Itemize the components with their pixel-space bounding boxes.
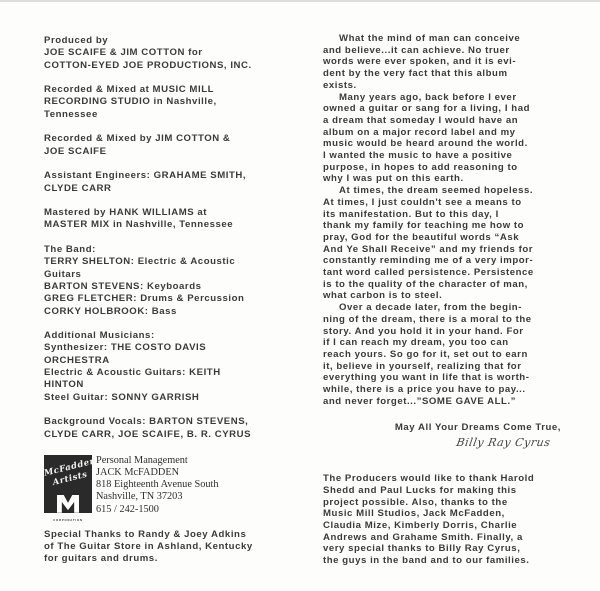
signature: Billy Ray Cyrus bbox=[321, 437, 588, 465]
address-street: 818 Eighteenth Avenue South bbox=[96, 479, 219, 491]
credit-line: RECORDING STUDIO in Nashville, bbox=[44, 96, 300, 108]
letter-paragraph: Over a decade later, from the begin-ning… bbox=[323, 302, 585, 407]
letter-line: Over a decade later, from the begin- bbox=[323, 302, 585, 314]
thanks-line: Andrews and Grahame Smith. Finally, a bbox=[323, 532, 585, 544]
credit-line: MASTER MIX in Nashville, Tennessee bbox=[44, 219, 300, 231]
credit-line: CORKY HOLBROOK: Bass bbox=[44, 306, 300, 318]
letter-line: music would be heard around the world. bbox=[323, 138, 585, 150]
letter-line: it, believe in yourself, realizing that … bbox=[323, 361, 585, 373]
credit-line: CLYDE CARR bbox=[44, 183, 300, 195]
credit-line: The Band: bbox=[44, 244, 300, 256]
letter-line: what carbon is to steel. bbox=[323, 290, 585, 302]
credit-line: GREG FLETCHER: Drums & Percussion bbox=[44, 293, 300, 305]
credit-line: Recorded & Mixed at MUSIC MILL bbox=[44, 84, 300, 96]
letter-line: tant word called persistence. Persistenc… bbox=[323, 267, 585, 279]
special-thanks: Special Thanks to Randy & Joey Adkins of… bbox=[44, 529, 300, 566]
letter-line: if I can reach my dream, you too can bbox=[323, 337, 585, 349]
credit-line: Electric & Acoustic Guitars: KEITH bbox=[44, 367, 300, 379]
credit-line: Produced by bbox=[44, 35, 300, 47]
credits-column: Produced by JOE SCAIFE & JIM COTTON for … bbox=[44, 35, 300, 578]
credit-line: COTTON-EYED JOE PRODUCTIONS, INC. bbox=[44, 60, 300, 72]
phone-number: 615 / 242-1500 bbox=[96, 504, 219, 516]
letter-line: purpose, in hopes to add reasoning to bbox=[323, 162, 585, 174]
letter-line: why I was put on this earth. bbox=[323, 173, 585, 185]
band-credit: The Band: TERRY SHELTON: Electric & Acou… bbox=[44, 244, 300, 318]
credit-line: Background Vocals: BARTON STEVENS, bbox=[44, 416, 300, 428]
credit-line: CLYDE CARR, JOE SCAIFE, B. R. CYRUS bbox=[44, 429, 300, 441]
letter-line: exists. bbox=[323, 80, 585, 92]
letter-line: pray, God for the beautiful words “Ask bbox=[323, 232, 585, 244]
letter-line: while, there is a price you have to pay.… bbox=[323, 384, 585, 396]
letter-line: I wanted the music to have a positive bbox=[323, 150, 585, 162]
thanks-line: of The Guitar Store in Ashland, Kentucky bbox=[44, 541, 300, 553]
letter-line: and never forget...”SOME GAVE ALL.” bbox=[323, 396, 585, 408]
thanks-line: Claudia Mize, Kimberly Dorris, Charlie bbox=[323, 520, 585, 532]
recorded-by-credit: Recorded & Mixed by JIM COTTON & JOE SCA… bbox=[44, 133, 300, 158]
credit-line: HINTON bbox=[44, 379, 300, 391]
thanks-line: Shedd and Paul Lucks for making this bbox=[323, 485, 585, 497]
mcfadden-artists-logo: McFadden Artists CORPORATION bbox=[44, 455, 92, 517]
credit-line: Additional Musicians: bbox=[44, 330, 300, 342]
page-edge bbox=[0, 0, 600, 2]
thanks-line: Special Thanks to Randy & Joey Adkins bbox=[44, 529, 300, 541]
additional-musicians-credit: Additional Musicians: Synthesizer: THE C… bbox=[44, 330, 300, 404]
letter-closing: May All Your Dreams Come True, bbox=[323, 422, 585, 434]
producers-thanks: The Producers would like to thank Harold… bbox=[323, 473, 585, 567]
letter-line: Many years ago, back before I ever bbox=[323, 92, 585, 104]
credit-line: Steel Guitar: SONNY GARRISH bbox=[44, 392, 300, 404]
letter-line: a dream that someday I would have an bbox=[323, 115, 585, 127]
credit-line: Guitars bbox=[44, 269, 300, 281]
credit-line: Tennessee bbox=[44, 109, 300, 121]
thanks-line: for guitars and drums. bbox=[44, 553, 300, 565]
letter-line: What the mind of man can conceive bbox=[323, 33, 585, 45]
letter-line: ning of the dream, there is a moral to t… bbox=[323, 314, 585, 326]
letter-line: reach yours. So go for it, set out to ea… bbox=[323, 349, 585, 361]
letter-line: its manifestation. But to this day, I bbox=[323, 209, 585, 221]
thanks-line: The Producers would like to thank Harold bbox=[323, 473, 585, 485]
letter-line: story. And you hold it in your hand. For bbox=[323, 326, 585, 338]
letter-line: At times, I just couldn't see a means to bbox=[323, 197, 585, 209]
thanks-line: Music Mill Studios, Jack McFadden, bbox=[323, 508, 585, 520]
letter-line: thank my family for teaching me how to bbox=[323, 220, 585, 232]
letter-line: and believe...it can achieve. No truer bbox=[323, 45, 585, 57]
letter-line: album on a major record label and my bbox=[323, 127, 585, 139]
letter-paragraph: At times, the dream seemed hopeless.At t… bbox=[323, 185, 585, 302]
letter-column: What the mind of man can conceiveand bel… bbox=[323, 33, 585, 567]
thanks-line: the guys in the band and to our families… bbox=[323, 555, 585, 567]
logo-corporation-text: CORPORATION bbox=[44, 514, 92, 526]
credit-line: TERRY SHELTON: Electric & Acoustic bbox=[44, 256, 300, 268]
recorded-at-credit: Recorded & Mixed at MUSIC MILL RECORDING… bbox=[44, 84, 300, 121]
credit-line: Assistant Engineers: GRAHAME SMITH, bbox=[44, 170, 300, 182]
letter-line: everything you want in life that is wort… bbox=[323, 372, 585, 384]
mastered-credit: Mastered by HANK WILLIAMS at MASTER MIX … bbox=[44, 207, 300, 232]
letter-line: At times, the dream seemed hopeless. bbox=[323, 185, 585, 197]
credit-line: BARTON STEVENS: Keyboards bbox=[44, 281, 300, 293]
background-vocals-credit: Background Vocals: BARTON STEVENS, CLYDE… bbox=[44, 416, 300, 441]
letter-line: is to the quality of the character of ma… bbox=[323, 279, 585, 291]
address-city: Nashville, TN 37203 bbox=[96, 491, 219, 503]
credit-line: JOE SCAIFE & JIM COTTON for bbox=[44, 47, 300, 59]
credit-line: Synthesizer: THE COSTO DAVIS bbox=[44, 342, 300, 354]
letter-paragraph: What the mind of man can conceiveand bel… bbox=[323, 33, 585, 92]
credit-line: ORCHESTRA bbox=[44, 355, 300, 367]
thanks-line: project possible. Also, thanks to the bbox=[323, 497, 585, 509]
management-block: McFadden Artists CORPORATION Personal Ma… bbox=[44, 455, 300, 517]
credit-line: Mastered by HANK WILLIAMS at bbox=[44, 207, 300, 219]
letter-line: And Ye Shall Receive” and my friends for bbox=[323, 244, 585, 256]
producers-credit: Produced by JOE SCAIFE & JIM COTTON for … bbox=[44, 35, 300, 72]
assistant-engineers-credit: Assistant Engineers: GRAHAME SMITH, CLYD… bbox=[44, 170, 300, 195]
letter-line: words were ever spoken, and it is evi- bbox=[323, 56, 585, 68]
letter-paragraph: Many years ago, back before I everowned … bbox=[323, 92, 585, 186]
letter-line: dent by the very fact that this album bbox=[323, 68, 585, 80]
credit-line: Recorded & Mixed by JIM COTTON & bbox=[44, 133, 300, 145]
management-title: Personal Management bbox=[96, 455, 219, 467]
thanks-line: very special thanks to Billy Ray Cyrus, bbox=[323, 543, 585, 555]
credit-line: JOE SCAIFE bbox=[44, 146, 300, 158]
letter-line: owned a guitar or sang for a living, I h… bbox=[323, 103, 585, 115]
letter-line: constantly reminding me of a very impor- bbox=[323, 255, 585, 267]
manager-name: JACK McFADDEN bbox=[96, 467, 219, 479]
management-contact: Personal Management JACK McFADDEN 818 Ei… bbox=[96, 455, 219, 516]
